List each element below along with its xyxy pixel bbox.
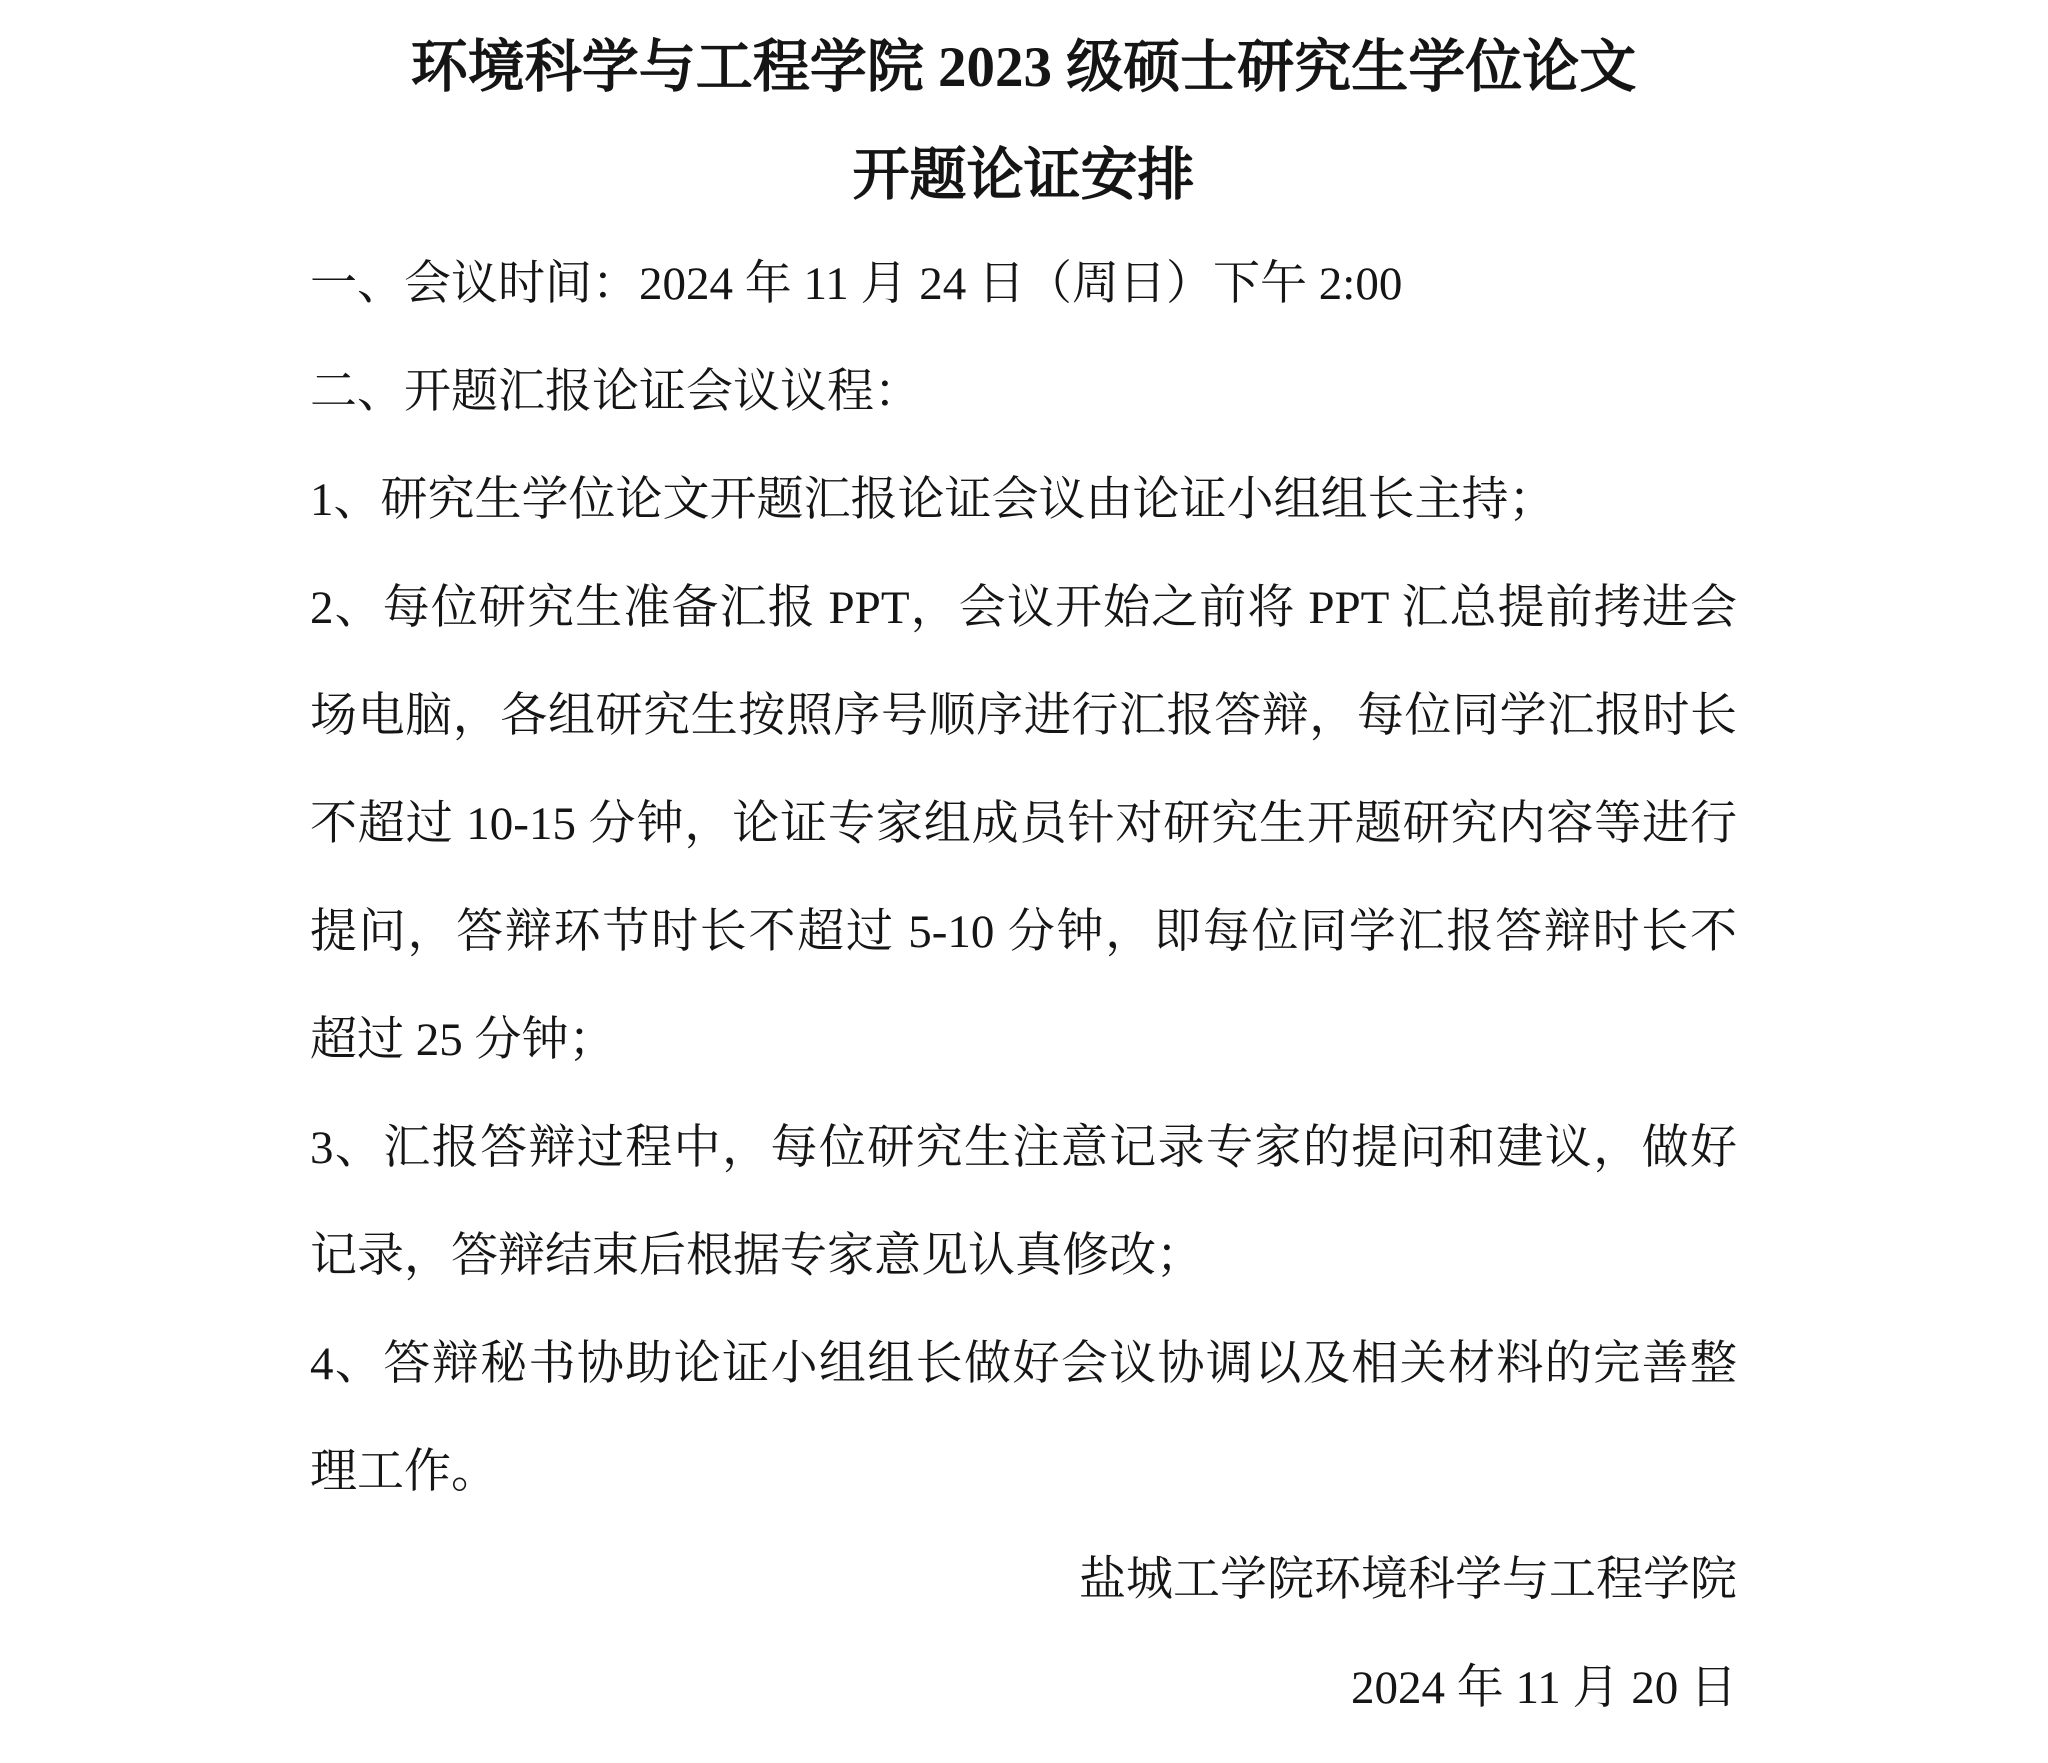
body-line-item-2-d: 提问，答辩环节时长不超过 5-10 分钟，即每位同学汇报答辩时长不 <box>310 878 1737 986</box>
document-page: 环境科学与工程学院 2023 级硕士研究生学位论文 开题论证安排 一、会议时间：… <box>0 0 2048 1763</box>
body-line-item-2-a: 2、每位研究生准备汇报 PPT，会议开始之前将 PPT 汇总提前拷进会 <box>310 554 1737 662</box>
signoff-date: 2024 年 11 月 20 日 <box>310 1634 1737 1742</box>
body-line-item-3-a: 3、汇报答辩过程中，每位研究生注意记录专家的提问和建议，做好 <box>310 1094 1737 1202</box>
body-line-item-4-b: 理工作。 <box>310 1418 1737 1526</box>
document-title-line-1: 环境科学与工程学院 2023 级硕士研究生学位论文 <box>310 14 1737 122</box>
signoff-institution: 盐城工学院环境科学与工程学院 <box>310 1526 1737 1634</box>
document-title-line-2: 开题论证安排 <box>310 122 1737 230</box>
body-line-item-3-b: 记录，答辩结束后根据专家意见认真修改； <box>310 1202 1737 1310</box>
body-line-item-2-e: 超过 25 分钟； <box>310 986 1737 1094</box>
body-line-item-4-a: 4、答辩秘书协助论证小组组长做好会议协调以及相关材料的完善整 <box>310 1310 1737 1418</box>
body-line-agenda-heading: 二、开题汇报论证会议议程： <box>310 338 1737 446</box>
body-line-meeting-time: 一、会议时间：2024 年 11 月 24 日（周日）下午 2:00 <box>310 230 1737 338</box>
body-line-item-2-c: 不超过 10-15 分钟，论证专家组成员针对研究生开题研究内容等进行 <box>310 770 1737 878</box>
body-line-item-1: 1、研究生学位论文开题汇报论证会议由论证小组组长主持； <box>310 446 1737 554</box>
body-line-item-2-b: 场电脑，各组研究生按照序号顺序进行汇报答辩，每位同学汇报时长 <box>310 662 1737 770</box>
